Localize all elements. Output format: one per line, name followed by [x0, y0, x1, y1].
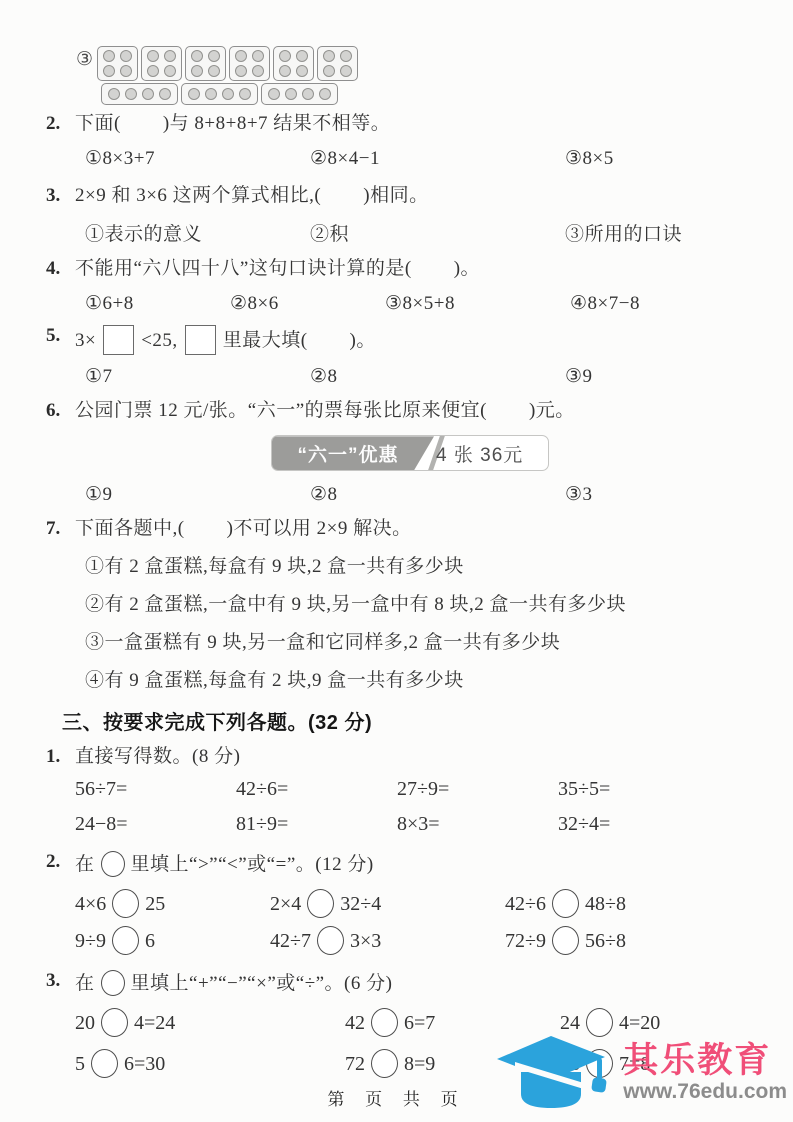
option: ①表示的意义 [85, 219, 310, 246]
bead-group [141, 46, 182, 81]
bead [222, 88, 234, 100]
bead [323, 65, 335, 77]
question-text: 在里填上“>”“<”或“=”。(12 分) [75, 851, 374, 877]
question-text-part: 里填上“>”“<”或“=”。(12 分) [131, 854, 374, 875]
question-number: 5. [46, 325, 70, 347]
answer-circle [91, 1049, 118, 1078]
bead-groups [97, 46, 358, 105]
left-expression: 4×6 [75, 893, 106, 915]
option: ③8×5+8 [385, 292, 570, 315]
operator-item: 56=30 [75, 1049, 345, 1078]
bead [164, 65, 176, 77]
bead [142, 88, 154, 100]
left-number: 72 [345, 1053, 365, 1075]
question-text: 在里填上“+”“−”“×”或“÷”。(6 分) [75, 970, 392, 996]
right-expression: 4=20 [619, 1012, 660, 1034]
question-4-options: ①6+8 ②8×6 ③8×5+8 ④8×7−8 [85, 292, 757, 315]
option: ③9 [565, 365, 757, 388]
bead [239, 88, 251, 100]
question-text: 3×<25,里最大填( )。 [75, 325, 376, 355]
answer-circle [552, 889, 579, 918]
right-expression: 6=30 [124, 1053, 165, 1075]
calc-item: 35÷5= [558, 778, 719, 801]
answer-box [103, 325, 134, 355]
bead-group [261, 83, 338, 105]
answer-circle [371, 1049, 398, 1078]
bead [235, 50, 247, 62]
calc-item: 81÷9= [236, 813, 397, 836]
question-number: 2. [46, 113, 70, 135]
sub-question-3: 3. 在里填上“+”“−”“×”或“÷”。(6 分) [46, 970, 757, 996]
left-number: 24 [560, 1012, 580, 1034]
option: ①9 [85, 483, 310, 506]
question-2: 2. 下面( )与 8+8+8+7 结果不相等。 [46, 113, 757, 135]
bead [279, 65, 291, 77]
question-5: 5. 3×<25,里最大填( )。 [46, 325, 757, 355]
question-7: 7. 下面各题中,( )不可以用 2×9 解决。 [46, 518, 757, 540]
question-6: 6. 公园门票 12 元/张。“六一”的票每张比原来便宜( )元。 [46, 400, 757, 422]
option: ③3 [565, 483, 757, 506]
calc-item: 32÷4= [558, 813, 719, 836]
compare-item: 9÷96 [75, 926, 270, 955]
question-text-part: 里填上“+”“−”“×”或“÷”。(6 分) [131, 973, 393, 994]
question-number: 2. [46, 851, 70, 873]
bead [296, 50, 308, 62]
option: ④8×7−8 [570, 292, 757, 315]
promo-banner-title: “六一”优惠 [272, 436, 434, 470]
question-number: 3. [46, 970, 70, 992]
bead [208, 50, 220, 62]
right-expression: 3×3 [350, 930, 381, 952]
question-text-part: 在 [75, 973, 95, 994]
compare-item: 72÷956÷8 [505, 926, 757, 955]
answer-circle [552, 926, 579, 955]
option: ①6+8 [85, 292, 230, 315]
option: ①7 [85, 365, 310, 388]
bead [268, 88, 280, 100]
publisher-logo: 其乐教育 www.76edu.com [491, 1032, 787, 1114]
right-expression: 6 [145, 930, 155, 952]
worksheet-page: ③ 2. 下面( )与 8+8+ [0, 0, 793, 1122]
answer-box [185, 325, 216, 355]
bead-group [273, 46, 314, 81]
bead [120, 65, 132, 77]
bead [205, 88, 217, 100]
question-text: 直接写得数。(8 分) [75, 746, 240, 768]
brand-name: 其乐教育 [623, 1043, 771, 1080]
bead [159, 88, 171, 100]
bead [319, 88, 331, 100]
question-text: 下面( )与 8+8+8+7 结果不相等。 [75, 113, 390, 135]
bead-group [101, 83, 178, 105]
logo-text: 其乐教育 www.76edu.com [623, 1043, 787, 1103]
question-6-options: ①9 ②8 ③3 [85, 483, 757, 506]
option: ③一盒蛋糕有 9 块,另一盒和它同样多,2 盒一共有多少块 [85, 627, 757, 654]
question-text: 2×9 和 3×6 这两个算式相比,( )相同。 [75, 185, 429, 207]
question-number: 4. [46, 258, 70, 280]
bead [164, 50, 176, 62]
compare-item: 42÷73×3 [270, 926, 505, 955]
question-3: 3. 2×9 和 3×6 这两个算式相比,( )相同。 [46, 185, 757, 207]
option: ②8 [310, 483, 565, 506]
left-number: 42 [345, 1012, 365, 1034]
bead [147, 65, 159, 77]
compare-row: 4×625 2×432÷4 42÷648÷8 [75, 889, 757, 918]
left-expression: 42÷7 [270, 930, 311, 952]
answer-circle [101, 970, 125, 996]
calc-item: 42÷6= [236, 778, 397, 801]
bead-group [181, 83, 258, 105]
bead [103, 50, 115, 62]
question-4: 4. 不能用“六八四十八”这句口诀计算的是( )。 [46, 258, 757, 280]
bead [120, 50, 132, 62]
question-text-part: 在 [75, 854, 95, 875]
option: ②8 [310, 365, 565, 388]
bead-group [229, 46, 270, 81]
bead [296, 65, 308, 77]
compare-row: 9÷96 42÷73×3 72÷956÷8 [75, 926, 757, 955]
answer-circle [101, 851, 125, 877]
bead [188, 88, 200, 100]
question-number: 7. [46, 518, 70, 540]
answer-circle [317, 926, 344, 955]
calc-row: 24−8= 81÷9= 8×3= 32÷4= [75, 813, 757, 836]
question-text: 下面各题中,( )不可以用 2×9 解决。 [75, 518, 412, 540]
sub-question-1: 1. 直接写得数。(8 分) [46, 746, 757, 768]
bead-row-bottom [101, 83, 358, 105]
right-expression: 6=7 [404, 1012, 435, 1034]
left-number: 20 [75, 1012, 95, 1034]
bead [252, 50, 264, 62]
question-text-part: 里最大填( )。 [223, 330, 376, 351]
question-number: 6. [46, 400, 70, 422]
bead [191, 65, 203, 77]
right-expression: 56÷8 [585, 930, 626, 952]
compare-item: 4×625 [75, 889, 270, 918]
question-number: 1. [46, 746, 70, 768]
operator-item: 204=24 [75, 1008, 345, 1037]
option: ④有 9 盒蛋糕,每盒有 2 块,9 盒一共有多少块 [85, 665, 757, 692]
option: ①有 2 盒蛋糕,每盒有 9 块,2 盒一共有多少块 [85, 551, 757, 578]
option: ②有 2 盒蛋糕,一盒中有 9 块,另一盒中有 8 块,2 盒一共有多少块 [85, 589, 757, 616]
bead [235, 65, 247, 77]
bead [279, 50, 291, 62]
answer-circle [112, 926, 139, 955]
option: ①8×3+7 [85, 147, 310, 170]
bead-row-top [97, 46, 358, 81]
option: ③8×5 [565, 147, 757, 170]
calc-item: 8×3= [397, 813, 558, 836]
calc-item: 27÷9= [397, 778, 558, 801]
option: ③所用的口诀 [565, 219, 757, 246]
right-expression: 25 [145, 893, 165, 915]
bead [302, 88, 314, 100]
section-title: 三、按要求完成下列各题。(32 分) [62, 706, 757, 735]
bead [340, 65, 352, 77]
bead [103, 65, 115, 77]
bead [147, 50, 159, 62]
compare-item: 42÷648÷8 [505, 889, 757, 918]
left-expression: 2×4 [270, 893, 301, 915]
bead-figure: ③ [76, 46, 757, 105]
promo-banner-price: 4 张 36元 [436, 436, 548, 470]
answer-circle [307, 889, 334, 918]
bead [323, 50, 335, 62]
bead-group [97, 46, 138, 81]
bead-group [185, 46, 226, 81]
question-text-part: <25, [141, 330, 177, 351]
option: ②8×4−1 [310, 147, 565, 170]
promo-banner: “六一”优惠 4 张 36元 [271, 435, 549, 471]
right-expression: 32÷4 [340, 893, 381, 915]
answer-circle [112, 889, 139, 918]
question-text-part: 3× [75, 330, 96, 351]
left-expression: 42÷6 [505, 893, 546, 915]
graduation-cap-icon [491, 1032, 619, 1114]
option: ②8×6 [230, 292, 385, 315]
calc-item: 56÷7= [75, 778, 236, 801]
compare-item: 2×432÷4 [270, 889, 505, 918]
option: ②积 [310, 219, 565, 246]
bead [108, 88, 120, 100]
answer-circle [371, 1008, 398, 1037]
left-expression: 72÷9 [505, 930, 546, 952]
right-expression: 8=9 [404, 1053, 435, 1075]
bead-group [317, 46, 358, 81]
left-expression: 9÷9 [75, 930, 106, 952]
question-text: 公园门票 12 元/张。“六一”的票每张比原来便宜( )元。 [75, 400, 575, 422]
question-5-options: ①7 ②8 ③9 [85, 365, 757, 388]
left-number: 5 [75, 1053, 85, 1075]
bead [125, 88, 137, 100]
question-number: 3. [46, 185, 70, 207]
calc-row: 56÷7= 42÷6= 27÷9= 35÷5= [75, 778, 757, 801]
brand-website: www.76edu.com [623, 1080, 787, 1103]
bead [252, 65, 264, 77]
right-expression: 4=24 [134, 1012, 175, 1034]
answer-circle [101, 1008, 128, 1037]
question-2-options: ①8×3+7 ②8×4−1 ③8×5 [85, 147, 757, 170]
figure-option-label: ③ [76, 48, 93, 105]
sub-question-2: 2. 在里填上“>”“<”或“=”。(12 分) [46, 851, 757, 877]
question-text: 不能用“六八四十八”这句口诀计算的是( )。 [75, 258, 480, 280]
bead [191, 50, 203, 62]
bead [208, 65, 220, 77]
question-3-options: ①表示的意义 ②积 ③所用的口诀 [85, 219, 757, 246]
calc-item: 24−8= [75, 813, 236, 836]
bead [340, 50, 352, 62]
bead [285, 88, 297, 100]
right-expression: 48÷8 [585, 893, 626, 915]
